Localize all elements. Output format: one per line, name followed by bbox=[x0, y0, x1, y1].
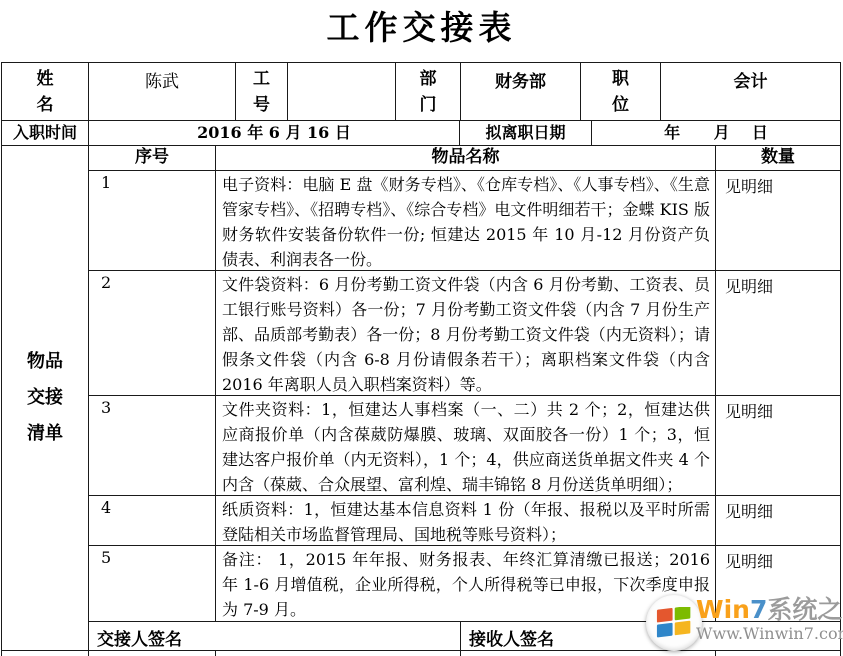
winwin7-watermark: Win7系统之家 Www.Winwin7.com bbox=[646, 595, 843, 651]
row-item-text: 电子资料：电脑 E 盘《财务专档》、《仓库专档》、《人事专档》、《生意管家专档》… bbox=[216, 171, 716, 271]
row-item-text: 备注： 1，2015 年年报、财务报表、年终汇算清缴已报送；2016 年 1-6… bbox=[216, 546, 716, 622]
name-value: 陈武 bbox=[89, 63, 236, 121]
watermark-brand: Win7系统之家 bbox=[696, 597, 843, 623]
join-date-value: 2016 年 6 月 16 日 bbox=[89, 121, 460, 146]
row-qty: 见明细 bbox=[716, 496, 841, 546]
row-item-text: 文件袋资料：6 月份考勤工资文件袋（内含 6 月份考勤、工资表、员工银行账号资料… bbox=[216, 271, 716, 396]
table-row: 3 文件夹资料：1，恒建达人事档案（一、二）共 2 个；2，恒建达供应商报价单（… bbox=[89, 396, 841, 496]
watermark-cn: 系统之家 bbox=[767, 595, 843, 624]
clipped-row bbox=[2, 651, 841, 656]
header-row-1: 姓 名 陈武 工 号 部 门 财务部 职 位 会计 bbox=[2, 63, 841, 121]
table-row: 4 纸质资料：1，恒建达基本信息资料 1 份（年报、报税以及平时所需登陆相关市场… bbox=[89, 496, 841, 546]
row-no: 2 bbox=[89, 271, 216, 396]
windows-flag-icon bbox=[656, 607, 692, 639]
row-item-text: 纸质资料：1，恒建达基本信息资料 1 份（年报、报税以及平时所需登陆相关市场监督… bbox=[216, 496, 716, 546]
position-value: 会计 bbox=[661, 63, 841, 121]
name-label: 姓 名 bbox=[2, 63, 89, 121]
row-qty: 见明细 bbox=[716, 171, 841, 271]
watermark-win: Win bbox=[696, 595, 750, 624]
join-date-label: 入职时间 bbox=[2, 121, 89, 146]
watermark-site-url: Www.Winwin7.com bbox=[696, 625, 843, 643]
document-page: 工作交接表 姓 名 陈武 工 号 部 门 财务部 职 位 会计 入职时间 201… bbox=[0, 0, 843, 656]
win7-logo-icon bbox=[646, 595, 702, 651]
column-qty: 数量 bbox=[716, 146, 841, 171]
column-no: 序号 bbox=[89, 146, 216, 171]
department-value: 财务部 bbox=[461, 63, 581, 121]
employee-id-label: 工 号 bbox=[236, 63, 288, 121]
row-qty: 见明细 bbox=[716, 271, 841, 396]
page-title: 工作交接表 bbox=[0, 2, 843, 49]
row-qty: 见明细 bbox=[716, 396, 841, 496]
header-row-2: 入职时间 2016 年 6 月 16 日 拟离职日期 年 月 日 bbox=[2, 121, 841, 146]
watermark-seven: 7 bbox=[750, 595, 767, 624]
row-item-text: 文件夹资料：1，恒建达人事档案（一、二）共 2 个；2，恒建达供应商报价单（内含… bbox=[216, 396, 716, 496]
department-label: 部 门 bbox=[396, 63, 461, 121]
position-label: 职 位 bbox=[581, 63, 661, 121]
leave-date-label: 拟离职日期 bbox=[460, 121, 592, 146]
row-no: 5 bbox=[89, 546, 216, 622]
list-header-row: 序号 物品名称 数量 bbox=[89, 146, 841, 171]
handover-signature-label: 交接人签名 bbox=[89, 622, 461, 651]
section-label: 物品 交接 清单 bbox=[2, 146, 89, 651]
column-item-name: 物品名称 bbox=[216, 146, 716, 171]
row-no: 1 bbox=[89, 171, 216, 271]
handover-table: 姓 名 陈武 工 号 部 门 财务部 职 位 会计 入职时间 2016 年 6 … bbox=[1, 62, 841, 656]
items-section: 物品 交接 清单 序号 物品名称 数量 1 电子资料：电脑 E 盘《财务专档》、… bbox=[2, 146, 841, 651]
employee-id-value bbox=[288, 63, 396, 121]
row-no: 3 bbox=[89, 396, 216, 496]
leave-date-value: 年 月 日 bbox=[592, 121, 841, 146]
table-row: 1 电子资料：电脑 E 盘《财务专档》、《仓库专档》、《人事专档》、《生意管家专… bbox=[89, 171, 841, 271]
table-row: 2 文件袋资料：6 月份考勤工资文件袋（内含 6 月份考勤、工资表、员工银行账号… bbox=[89, 271, 841, 396]
row-no: 4 bbox=[89, 496, 216, 546]
